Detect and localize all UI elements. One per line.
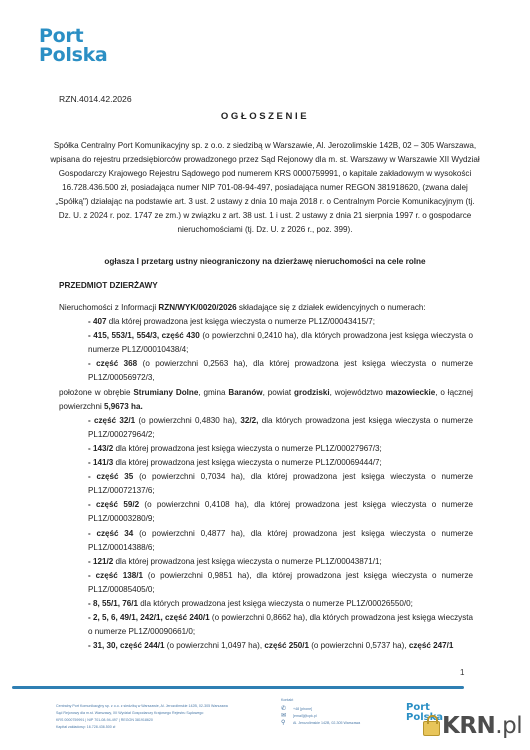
- parcel-item: - 8, 55/1, 76/1 dla których prowadzona j…: [88, 597, 473, 611]
- parcel-numbers: - 141/3: [88, 458, 113, 467]
- footer-company-info: Centralny Port Komunikacyjny sp. z o.o. …: [56, 703, 246, 731]
- parcel-numbers: - 415, 553/1, 554/3, część 430: [88, 331, 200, 340]
- watermark-suffix: .pl: [495, 713, 522, 739]
- parcel-item: - 31, 30, część 244/1 (o powierzchni 1,0…: [88, 639, 473, 653]
- parcel-numbers: 32/2,: [240, 416, 258, 425]
- parcel-item: - 407 dla której prowadzona jest księga …: [88, 315, 473, 329]
- parcel-text: (o powierzchni 0,5737 ha),: [309, 641, 409, 650]
- document-body: Nieruchomości z Informacji RZN/WYK/0020/…: [59, 301, 473, 653]
- parcel-item: - część 138/1 (o powierzchni 0,9851 ha),…: [88, 569, 473, 597]
- parcel-numbers: część 250/1: [264, 641, 309, 650]
- wojewodztwo: mazowieckie: [386, 388, 436, 397]
- total-area: 5,9673 ha.: [104, 402, 143, 411]
- parcel-text: dla której prowadzona jest księga wieczy…: [106, 317, 375, 326]
- parcel-numbers: - 121/2: [88, 557, 113, 566]
- parcel-numbers: - 143/2: [88, 444, 113, 453]
- parcel-list-2: - część 32/1 (o powierzchni 0,4830 ha), …: [59, 414, 473, 654]
- footer-company-line: KRS 0000759991 | NIP 701-08-94-497 | REG…: [56, 717, 246, 724]
- parcel-numbers: część 247/1: [409, 641, 454, 650]
- lead-reference: RZN/WYK/0020/2026: [158, 303, 236, 312]
- contact-text: Al. Jerozolimskie 142B, 02-305 Warszawa: [293, 720, 360, 727]
- contact-row: ✉[email]@cpk.pl: [281, 713, 360, 720]
- contact-text: [email]@cpk.pl: [293, 713, 317, 720]
- phone-icon: ✆: [281, 706, 287, 713]
- parcel-text: dla której prowadzona jest księga wieczy…: [113, 557, 382, 566]
- parcel-numbers: - 8, 55/1, 76/1: [88, 599, 138, 608]
- logo-line-2: Polska: [39, 46, 107, 65]
- parcel-numbers: - część 138/1: [88, 571, 143, 580]
- document-title: OGŁOSZENIE: [0, 111, 530, 122]
- lead-prefix: Nieruchomości z Informacji: [59, 303, 158, 312]
- parcel-text: (o powierzchni 0,4877 ha), dla której pr…: [88, 529, 473, 552]
- contact-text: +48 [phone]: [293, 706, 312, 713]
- obreb: Strumiany Dolne: [133, 388, 198, 397]
- watermark-text: KRN.pl: [442, 713, 522, 739]
- parcel-text: dla których prowadzona jest księga wiecz…: [138, 599, 413, 608]
- section-heading: PRZEDMIOT DZIERŻAWY: [59, 281, 158, 290]
- contact-row: ⚲Al. Jerozolimskie 142B, 02-305 Warszawa: [281, 720, 360, 727]
- parcel-numbers: - część 34: [88, 529, 133, 538]
- parcel-item: - 143/2 dla której prowadzona jest księg…: [88, 442, 473, 456]
- parcel-text: (o powierzchni 0,9851 ha), dla której pr…: [88, 571, 473, 594]
- mail-icon: ✉: [281, 713, 287, 720]
- parcel-list-1: - 407 dla której prowadzona jest księga …: [59, 315, 473, 385]
- lock-icon: [423, 721, 440, 736]
- footer-divider: [12, 686, 464, 689]
- parcel-numbers: - część 35: [88, 472, 133, 481]
- intro-paragraph: Spółka Centralny Port Komunikacyjny sp. …: [50, 139, 480, 237]
- location-text: , powiat: [263, 388, 294, 397]
- reference-number: RZN.4014.42.2026: [59, 94, 132, 104]
- footer-company-line: Centralny Port Komunikacyjny sp. z o.o. …: [56, 703, 246, 710]
- footer-company-line: Sąd Rejonowy dla m.st. Warszawy, XII Wyd…: [56, 710, 246, 717]
- parcel-text: (o powierzchni 0,7034 ha), dla której pr…: [88, 472, 473, 495]
- parcel-item: - część 368 (o powierzchni 0,2563 ha), d…: [88, 357, 473, 385]
- footer-company-line: Kapitał zakładowy: 16.728.436.500 zł: [56, 724, 246, 731]
- location-paragraph: położone w obrębie Strumiany Dolne, gmin…: [59, 386, 473, 414]
- location-text: , gmina: [198, 388, 228, 397]
- parcel-item: - część 59/2 (o powierzchni 0,4108 ha), …: [88, 498, 473, 526]
- parcel-text: (o powierzchni 1,0497 ha),: [165, 641, 265, 650]
- parcel-text: (o powierzchni 0,4108 ha), dla której pr…: [88, 500, 473, 523]
- lead-suffix: składające się z działek ewidencyjnych o…: [237, 303, 426, 312]
- location-text: położone w obrębie: [59, 388, 133, 397]
- location-text: , województwo: [330, 388, 386, 397]
- parcel-numbers: - 407: [88, 317, 106, 326]
- parcel-numbers: - część 32/1: [88, 416, 135, 425]
- parcel-numbers: - 31, 30, część 244/1: [88, 641, 165, 650]
- powiat: grodziski: [294, 388, 330, 397]
- page-number: 1: [460, 668, 464, 677]
- parcel-text: dla której prowadzona jest księga wieczy…: [113, 444, 382, 453]
- parcel-numbers: - część 59/2: [88, 500, 139, 509]
- krn-watermark: KRN.pl: [423, 713, 522, 739]
- watermark-main: KRN: [442, 713, 495, 739]
- announcement: ogłasza I przetarg ustny nieograniczony …: [0, 257, 530, 266]
- gmina: Baranów: [228, 388, 262, 397]
- port-polska-logo: Port Polska: [39, 27, 107, 65]
- contact-heading: Kontakt: [281, 697, 360, 704]
- parcel-item: - 121/2 dla której prowadzona jest księg…: [88, 555, 473, 569]
- footer-contact: Kontakt ✆+48 [phone]✉[email]@cpk.pl⚲Al. …: [281, 697, 360, 727]
- contact-row: ✆+48 [phone]: [281, 706, 360, 713]
- parcel-text: (o powierzchni 0,2563 ha), dla której pr…: [88, 359, 473, 382]
- parcel-text: (o powierzchni 0,4830 ha),: [135, 416, 240, 425]
- lead-paragraph: Nieruchomości z Informacji RZN/WYK/0020/…: [59, 301, 473, 315]
- parcel-item: - część 34 (o powierzchni 0,4877 ha), dl…: [88, 527, 473, 555]
- parcel-text: dla której prowadzona jest księga wieczy…: [113, 458, 382, 467]
- parcel-item: - 415, 553/1, 554/3, część 430 (o powier…: [88, 329, 473, 357]
- parcel-item: - 141/3 dla której prowadzona jest księg…: [88, 456, 473, 470]
- location-icon: ⚲: [281, 720, 287, 727]
- parcel-numbers: - 2, 5, 6, 49/1, 242/1, część 240/1: [88, 613, 210, 622]
- parcel-item: - część 32/1 (o powierzchni 0,4830 ha), …: [88, 414, 473, 442]
- parcel-item: - część 35 (o powierzchni 0,7034 ha), dl…: [88, 470, 473, 498]
- parcel-numbers: - część 368: [88, 359, 137, 368]
- parcel-item: - 2, 5, 6, 49/1, 242/1, część 240/1 (o p…: [88, 611, 473, 639]
